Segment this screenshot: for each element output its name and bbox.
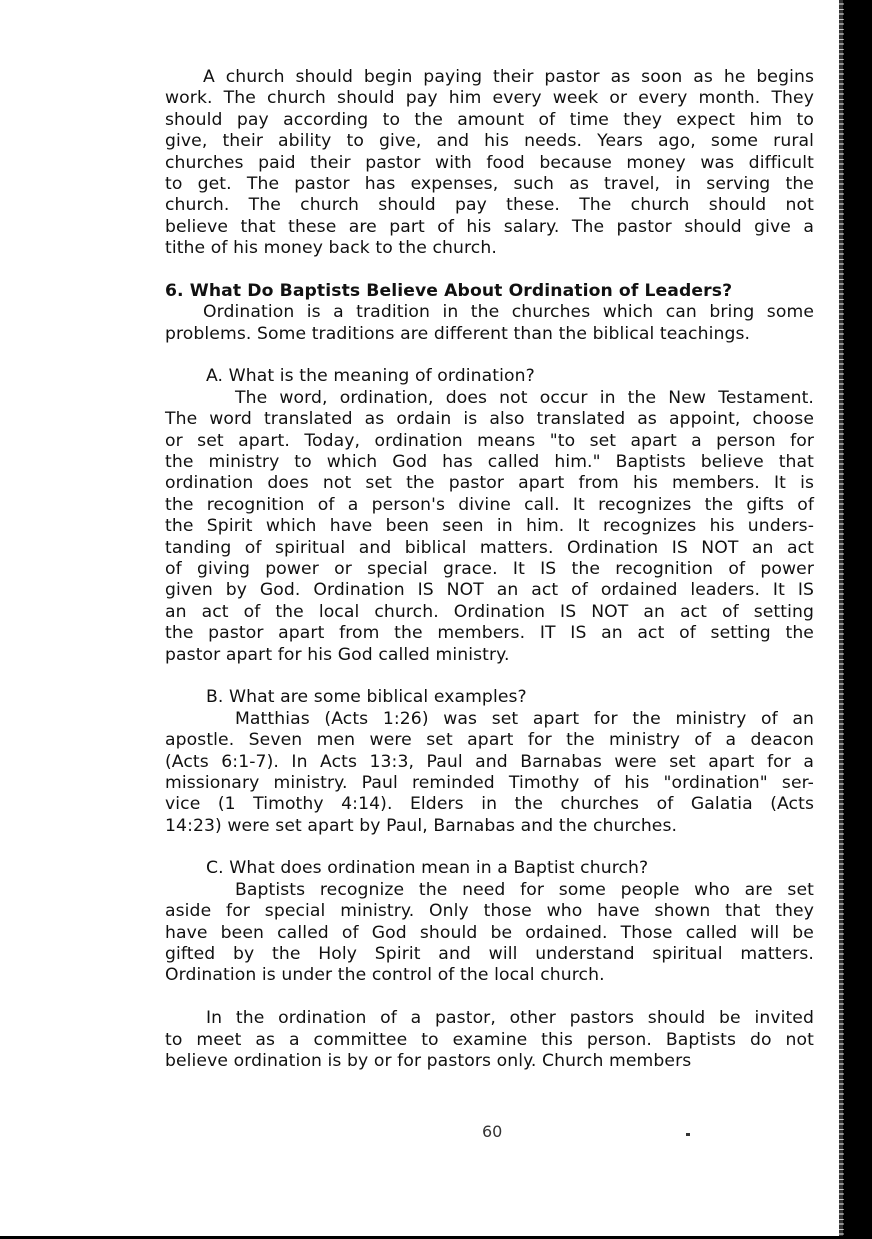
text-line: should pay according to the amount of ti… xyxy=(165,110,814,131)
text-line: have been called of God should be ordain… xyxy=(165,923,814,944)
text-line: to meet as a committee to examine this p… xyxy=(165,1030,814,1051)
text-line: Ordination is under the control of the l… xyxy=(165,965,814,986)
text-line: The word, ordination, does not occur in … xyxy=(165,388,814,409)
text-line: apostle. Seven men were set apart for th… xyxy=(165,730,814,751)
subsection-b: B. What are some biblical examples? Matt… xyxy=(165,687,814,837)
text-line: given by God. Ordination IS NOT an act o… xyxy=(165,580,814,601)
text-line: vice (1 Timothy 4:14). Elders in the chu… xyxy=(165,794,814,815)
text-line: church. The church should pay these. The… xyxy=(165,195,814,216)
subsection-title: C. What does ordination mean in a Baptis… xyxy=(165,858,814,879)
closing-paragraph: In the ordination of a pastor, other pas… xyxy=(165,1008,814,1072)
section-ordination: 6. What Do Baptists Believe About Ordina… xyxy=(165,281,814,1072)
text-line: Ordination is a tradition in the churche… xyxy=(165,302,814,323)
text-line: Baptists recognize the need for some peo… xyxy=(165,880,814,901)
text-line: tanding of spiritual and biblical matter… xyxy=(165,538,814,559)
section-heading: 6. What Do Baptists Believe About Ordina… xyxy=(165,281,814,302)
text-line: The word translated as ordain is also tr… xyxy=(165,409,814,430)
text-line: Matthias (Acts 1:26) was set apart for t… xyxy=(165,709,814,730)
text-line: In the ordination of a pastor, other pas… xyxy=(165,1008,814,1029)
subsection-title: A. What is the meaning of ordination? xyxy=(165,366,814,387)
text-line: believe that these are part of his salar… xyxy=(165,217,814,238)
text-line: (Acts 6:1-7). In Acts 13:3, Paul and Bar… xyxy=(165,752,814,773)
intro-paragraph: A church should begin paying their pasto… xyxy=(165,67,814,260)
text-line: aside for special ministry. Only those w… xyxy=(165,901,814,922)
subsection-c: C. What does ordination mean in a Baptis… xyxy=(165,858,814,986)
text-line: the ministry to which God has called him… xyxy=(165,452,814,473)
text-line: believe ordination is by or for pastors … xyxy=(165,1051,814,1072)
page-number: 60 xyxy=(482,1122,502,1141)
text-line: the Spirit which have been seen in him. … xyxy=(165,516,814,537)
text-line: churches paid their pastor with food bec… xyxy=(165,153,814,174)
text-line: gifted by the Holy Spirit and will under… xyxy=(165,944,814,965)
text-line: the recognition of a person's divine cal… xyxy=(165,495,814,516)
text-line: A church should begin paying their pasto… xyxy=(165,67,814,88)
scanner-edge-shadow xyxy=(843,0,872,1239)
text-line: an act of the local church. Ordination I… xyxy=(165,602,814,623)
text-line: or set apart. Today, ordination means "t… xyxy=(165,431,814,452)
text-line: pastor apart for his God called ministry… xyxy=(165,645,814,666)
subsection-a: A. What is the meaning of ordination? Th… xyxy=(165,366,814,665)
text-line: work. The church should pay him every we… xyxy=(165,88,814,109)
text-line: give, their ability to give, and his nee… xyxy=(165,131,814,152)
text-line: the pastor apart from the members. IT IS… xyxy=(165,623,814,644)
text-line: 14:23) were set apart by Paul, Barnabas … xyxy=(165,816,814,837)
document-page: A church should begin paying their pasto… xyxy=(165,67,814,1072)
text-line: of giving power or special grace. It IS … xyxy=(165,559,814,580)
text-line: problems. Some traditions are different … xyxy=(165,324,814,345)
text-line: tithe of his money back to the church. xyxy=(165,238,814,259)
subsection-title: B. What are some biblical examples? xyxy=(165,687,814,708)
text-line: missionary ministry. Paul reminded Timot… xyxy=(165,773,814,794)
text-line: to get. The pastor has expenses, such as… xyxy=(165,174,814,195)
scan-speck xyxy=(686,1133,690,1136)
text-line: ordination does not set the pastor apart… xyxy=(165,473,814,494)
